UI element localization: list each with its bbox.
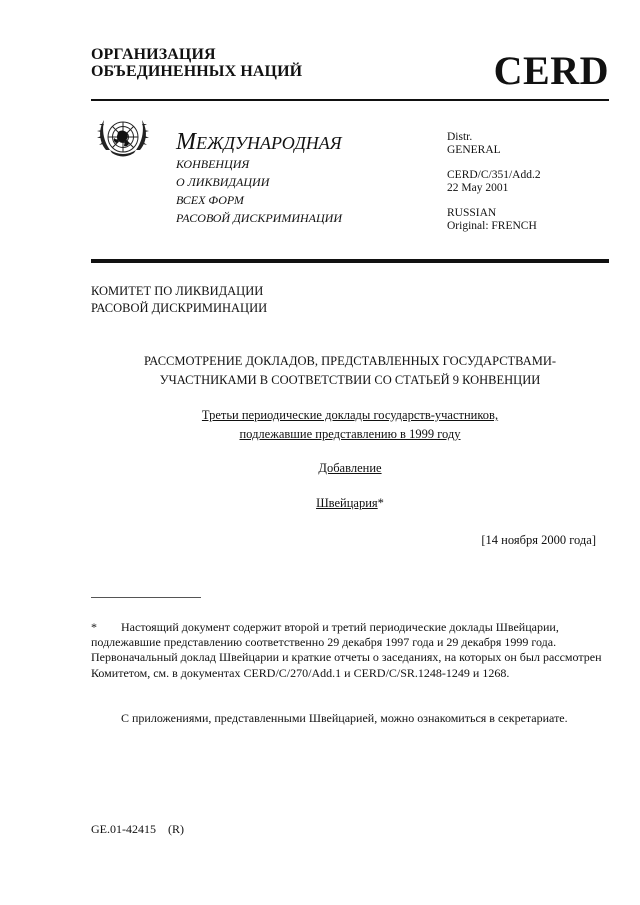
convention-title: МЕЖДУНАРОДНАЯ КОНВЕНЦИЯ О ЛИКВИДАЦИИ ВСЕ… — [176, 130, 342, 227]
doc-date: 22 May 2001 — [447, 182, 541, 195]
committee-line-1: КОМИТЕТ ПО ЛИКВИДАЦИИ — [91, 283, 267, 300]
subtitle-line-1: Третьи периодические доклады государств-… — [91, 406, 609, 425]
organization-name: ОРГАНИЗАЦИЯ ОБЪЕДИНЕННЫХ НАЦИЙ — [91, 46, 302, 80]
committee-name: КОМИТЕТ ПО ЛИКВИДАЦИИ РАСОВОЙ ДИСКРИМИНА… — [91, 283, 267, 317]
footnote-separator — [91, 597, 201, 598]
submission-date: [14 ноября 2000 года] — [481, 532, 596, 548]
title-line-2: УЧАСТНИКАМИ В СООТВЕТСТВИИ СО СТАТЬЕЙ 9 … — [91, 371, 609, 390]
convention-line-4: ВСЕХ ФОРМ — [176, 191, 342, 209]
un-emblem-icon — [94, 112, 152, 166]
job-number: GE.01-42415 (R) — [91, 822, 184, 837]
document-symbol-heading: CERD — [494, 49, 609, 93]
title-line-1: РАССМОТРЕНИЕ ДОКЛАДОВ, ПРЕДСТАВЛЕННЫХ ГО… — [91, 352, 609, 371]
convention-line-1: МЕЖДУНАРОДНАЯ — [176, 130, 342, 155]
addendum-text: Добавление — [318, 461, 381, 475]
country-name: Швейцария — [316, 496, 378, 510]
top-rule — [91, 99, 609, 101]
document-title: РАССМОТРЕНИЕ ДОКЛАДОВ, ПРЕДСТАВЛЕННЫХ ГО… — [91, 352, 609, 390]
distr-value: GENERAL — [447, 144, 541, 157]
annex-note: С приложениями, представленными Швейцари… — [91, 711, 609, 726]
doc-original-language: Original: FRENCH — [447, 220, 541, 233]
doc-symbol: CERD/C/351/Add.2 — [447, 169, 541, 182]
committee-line-2: РАСОВОЙ ДИСКРИМИНАЦИИ — [91, 300, 267, 317]
addendum-label: Добавление — [91, 460, 609, 476]
footnote-text: Настоящий документ содержит второй и тре… — [91, 620, 602, 680]
distr-label: Distr. — [447, 131, 541, 144]
footnote-reference[interactable]: * — [378, 496, 384, 510]
organization-line-1: ОРГАНИЗАЦИЯ — [91, 46, 302, 63]
footnote-marker: * — [91, 620, 121, 635]
doc-language: RUSSIAN — [447, 207, 541, 220]
convention-line-2: КОНВЕНЦИЯ — [176, 155, 342, 173]
convention-line-3: О ЛИКВИДАЦИИ — [176, 173, 342, 191]
country-heading: Швейцария* — [91, 495, 609, 511]
header-thick-rule — [91, 259, 609, 263]
document-subtitle: Третьи периодические доклады государств-… — [91, 406, 609, 444]
convention-line-5: РАСОВОЙ ДИСКРИМИНАЦИИ — [176, 209, 342, 227]
footnote: *Настоящий документ содержит второй и тр… — [91, 620, 609, 681]
distribution-block: Distr. GENERAL CERD/C/351/Add.2 22 May 2… — [447, 131, 541, 232]
organization-line-2: ОБЪЕДИНЕННЫХ НАЦИЙ — [91, 63, 302, 80]
subtitle-line-2: подлежавшие представлению в 1999 году — [91, 425, 609, 444]
